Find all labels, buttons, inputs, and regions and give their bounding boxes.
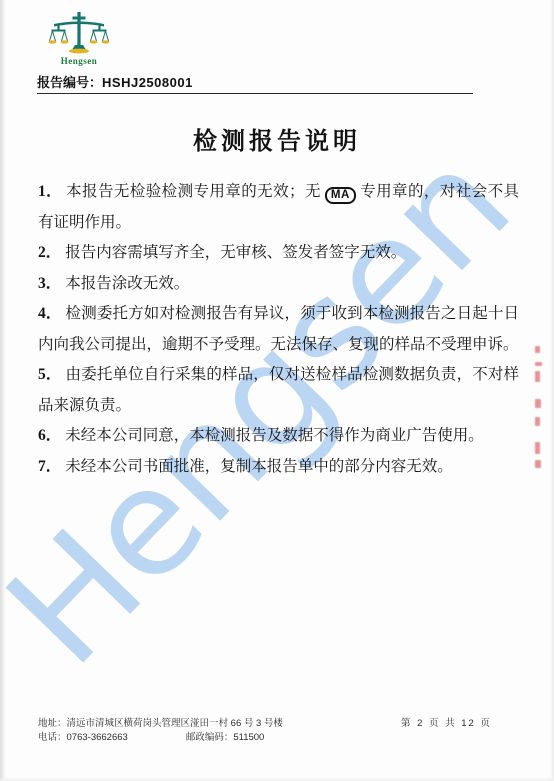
scan-edge-left	[0, 0, 6, 781]
stamp-fragment	[535, 362, 542, 366]
postcode-value: 511500	[233, 732, 264, 743]
note-item-7: 7．未经本公司书面批准，复制本报告单中的部分内容无效。	[38, 452, 519, 483]
report-page: Hengsen	[0, 0, 554, 781]
scan-edge-right	[550, 0, 554, 781]
note-text: 未经本公司同意，本检测报告及数据不得作为商业广告使用。	[65, 427, 484, 444]
phone-value: 0763-3662663	[67, 732, 128, 743]
report-number-label: 报告编号：	[37, 75, 102, 90]
note-text: 检测委托方如对检测报告有异议，须于收到本检测报告之日起十日内向我公司提出，逾期不…	[38, 305, 519, 353]
note-number: 3．	[38, 275, 65, 292]
page-footer: 地址：清远市清城区横荷岗头管理区湴田一村 66 号 3 号楼 电话：0763-3…	[38, 717, 518, 745]
note-item-5: 5．由委托单位自行采集的样品，仅对送检样品检测数据负责，不对样品来源负责。	[38, 360, 519, 421]
hengsen-logo: Hengsen	[40, 11, 118, 66]
phone-label: 电话：	[38, 732, 67, 743]
stamp-edge-fragments	[532, 346, 544, 468]
address-line: 地址：清远市清城区横荷岗头管理区湴田一村 66 号 3 号楼	[38, 717, 283, 731]
note-item-3: 3．本报告涂改无效。	[38, 269, 519, 300]
notes-list: 1．本报告无检验检测专用章的无效；无MA专用章的，对社会不具有证明作用。 2．报…	[38, 177, 519, 482]
note-text: 本报告无检验检测专用章的无效；无	[66, 183, 321, 200]
note-number: 7．	[38, 458, 65, 475]
note-text: 报告内容需填写齐全，无审核、签发者签字无效。	[65, 244, 406, 261]
stamp-fragment	[535, 417, 540, 426]
report-number-value: HSHJ2508001	[102, 75, 193, 90]
note-item-1: 1．本报告无检验检测专用章的无效；无MA专用章的，对社会不具有证明作用。	[38, 177, 519, 238]
note-text: 由委托单位自行采集的样品，仅对送检样品检测数据负责，不对样品来源负责。	[38, 366, 519, 414]
note-number: 4．	[38, 305, 66, 322]
report-number-line: 报告编号：HSHJ2508001	[37, 72, 473, 94]
contact-line: 电话：0763-3662663邮政编码：511500	[38, 731, 283, 745]
page-number: 第 2 页 共 12 页	[401, 717, 518, 731]
scan-edge-bottom	[0, 777, 554, 781]
stamp-fragment	[535, 460, 541, 468]
address-label: 地址：	[38, 718, 67, 729]
note-item-6: 6．未经本公司同意，本检测报告及数据不得作为商业广告使用。	[38, 421, 519, 452]
stamp-fragment	[535, 399, 541, 408]
address-value: 清远市清城区横荷岗头管理区湴田一村 66 号 3 号楼	[67, 718, 283, 729]
note-text: 本报告涂改无效。	[65, 275, 189, 292]
stamp-fragment	[535, 442, 540, 454]
note-text: 未经本公司书面批准，复制本报告单中的部分内容无效。	[65, 458, 453, 475]
balance-scale-icon	[48, 11, 110, 55]
note-number: 1．	[38, 183, 66, 200]
postcode-label: 邮政编码：	[186, 732, 234, 743]
note-number: 2．	[38, 244, 65, 261]
note-number: 6．	[38, 427, 65, 444]
brand-name: Hengsen	[40, 56, 118, 66]
cma-mark-icon: MA	[325, 187, 356, 204]
note-item-2: 2．报告内容需填写齐全，无审核、签发者签字无效。	[38, 238, 519, 269]
note-item-4: 4．检测委托方如对检测报告有异议，须于收到本检测报告之日起十日内向我公司提出，逾…	[38, 299, 519, 360]
page-title: 检测报告说明	[0, 121, 554, 156]
stamp-fragment	[535, 346, 540, 353]
note-number: 5．	[38, 366, 66, 383]
stamp-fragment	[535, 371, 540, 382]
